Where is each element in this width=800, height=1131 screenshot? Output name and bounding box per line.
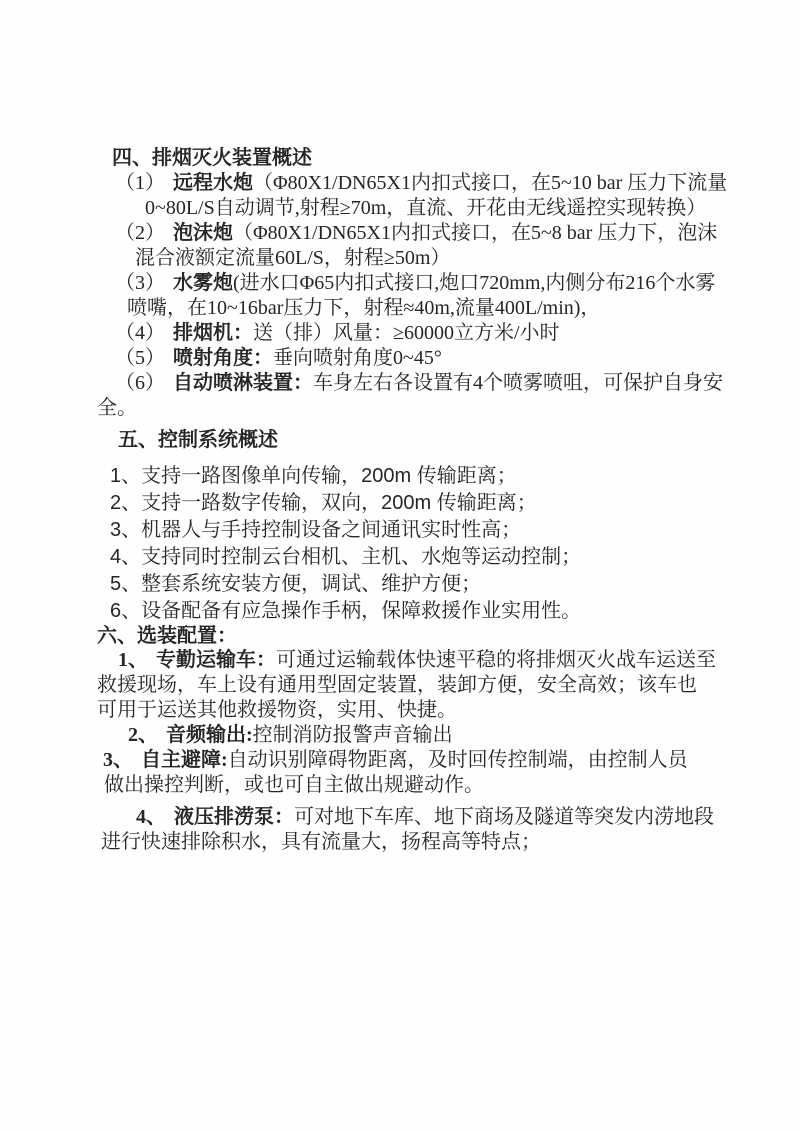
list-item: （1）远程水炮（Φ80X1/DN65X1内扣式接口，在5~10 bar 压力下流… [115, 171, 703, 196]
list-item: 3、自主避障:自动识别障碍物距离，及时回传控制端，由控制人员 [103, 748, 703, 773]
document-content: 四、排烟灭火装置概述 （1）远程水炮（Φ80X1/DN65X1内扣式接口，在5~… [97, 146, 703, 855]
item-label: 喷射角度： [173, 347, 273, 369]
item-text: 可通过运输载体快速平稳的将排烟灭火战车运送至 [276, 649, 716, 671]
item-number: （3） [115, 272, 165, 294]
list-item: （6）自动喷淋装置：车身左右各设置有4个喷雾喷咀，可保护自身安 [115, 371, 703, 396]
list-item: 5、整套系统安装方便，调试、维护方便； [110, 571, 703, 598]
list-item-continuation: 进行快速排除积水，具有流量大，扬程高等特点； [101, 830, 703, 855]
item-label: 远程水炮 [173, 172, 253, 194]
list-item-continuation: 做出操控判断，或也可自主做出规避动作。 [104, 773, 703, 798]
item-label: 专勤运输车： [156, 649, 276, 671]
item-text: （Φ80X1/DN65X1内扣式接口，在5~10 bar 压力下流量 [253, 172, 727, 194]
list-item: （4）排烟机：送（排）风量：≥60000立方米/小时 [115, 321, 703, 346]
item-number: （5） [115, 347, 165, 369]
list-item: （5）喷射角度：垂向喷射角度0~45° [115, 346, 703, 371]
list-item-continuation: 救援现场，车上设有通用型固定装置，装卸方便，安全高效；该车也 [97, 673, 703, 698]
list-item: （3）水雾炮(进水口Φ65内扣式接口,炮口720mm,内侧分布216个水雾 [115, 271, 703, 296]
item-label: 水雾炮 [173, 272, 233, 294]
item-number: 3、 [103, 749, 133, 771]
item-text: 自动识别障碍物距离，及时回传控制端，由控制人员 [228, 749, 688, 771]
item-number: （4） [115, 322, 165, 344]
section-heading-6: 六、选装配置： [97, 625, 703, 648]
item-label: 液压排涝泵： [174, 806, 294, 828]
item-text: 控制消防报警声音输出 [253, 724, 453, 746]
list-item-continuation: 混合液额定流量60L/S，射程≥50m） [135, 246, 703, 271]
item-label: 音频输出: [166, 724, 253, 746]
item-text: 垂向喷射角度0~45° [273, 347, 442, 369]
item-number: （1） [115, 172, 165, 194]
list-item: 1、支持一路图像单向传输，200m 传输距离； [110, 463, 703, 490]
list-item: （2）泡沫炮（Φ80X1/DN65X1内扣式接口，在5~8 bar 压力下，泡沫 [115, 221, 703, 246]
list-item: 4、支持同时控制云台相机、主机、水炮等运动控制； [110, 544, 703, 571]
item-text: 送（排）风量：≥60000立方米/小时 [253, 322, 560, 344]
list-item: 1、专勤运输车：可通过运输载体快速平稳的将排烟灭火战车运送至 [118, 648, 703, 673]
list-item: 2、音频输出:控制消防报警声音输出 [128, 723, 703, 748]
list-item-continuation: 喷嘴，在10~16bar压力下，射程≈40m,流量400L/min)， [127, 296, 703, 321]
list-item: 2、支持一路数字传输，双向，200m 传输距离； [110, 490, 703, 517]
list-item: 3、机器人与手持控制设备之间通讯实时性高； [110, 517, 703, 544]
item-number: （2） [115, 222, 165, 244]
item-text: 车身左右各设置有4个喷雾喷咀，可保护自身安 [313, 372, 723, 394]
list-item: 4、液压排涝泵：可对地下车库、地下商场及隧道等突发内涝地段 [136, 805, 703, 830]
item-number: 4、 [136, 806, 166, 828]
section-heading-4: 四、排烟灭火装置概述 [112, 146, 703, 171]
section-heading-5: 五、控制系统概述 [118, 428, 703, 453]
list-item: 6、设备配备有应急操作手柄，保障救援作业实用性。 [110, 598, 703, 625]
list-item-continuation: 可用于运送其他救援物资，实用、快捷。 [97, 698, 703, 723]
item-label: 排烟机： [173, 322, 253, 344]
item-number: （6） [115, 372, 165, 394]
item-text: 可对地下车库、地下商场及隧道等突发内涝地段 [294, 806, 714, 828]
list-item-continuation: 0~80L/S自动调节,射程≥70m，直流、开花由无线遥控实现转换） [145, 196, 703, 221]
item-text: （Φ80X1/DN65X1内扣式接口，在5~8 bar 压力下，泡沫 [233, 222, 717, 244]
item-text: (进水口Φ65内扣式接口,炮口720mm,内侧分布216个水雾 [233, 272, 715, 294]
document-page: 四、排烟灭火装置概述 （1）远程水炮（Φ80X1/DN65X1内扣式接口，在5~… [0, 0, 800, 1131]
item-label: 自主避障: [141, 749, 228, 771]
item-label: 泡沫炮 [173, 222, 233, 244]
item-number: 2、 [128, 724, 158, 746]
item-number: 1、 [118, 649, 148, 671]
list-item-continuation: 全。 [97, 396, 703, 421]
item-label: 自动喷淋装置： [173, 372, 313, 394]
